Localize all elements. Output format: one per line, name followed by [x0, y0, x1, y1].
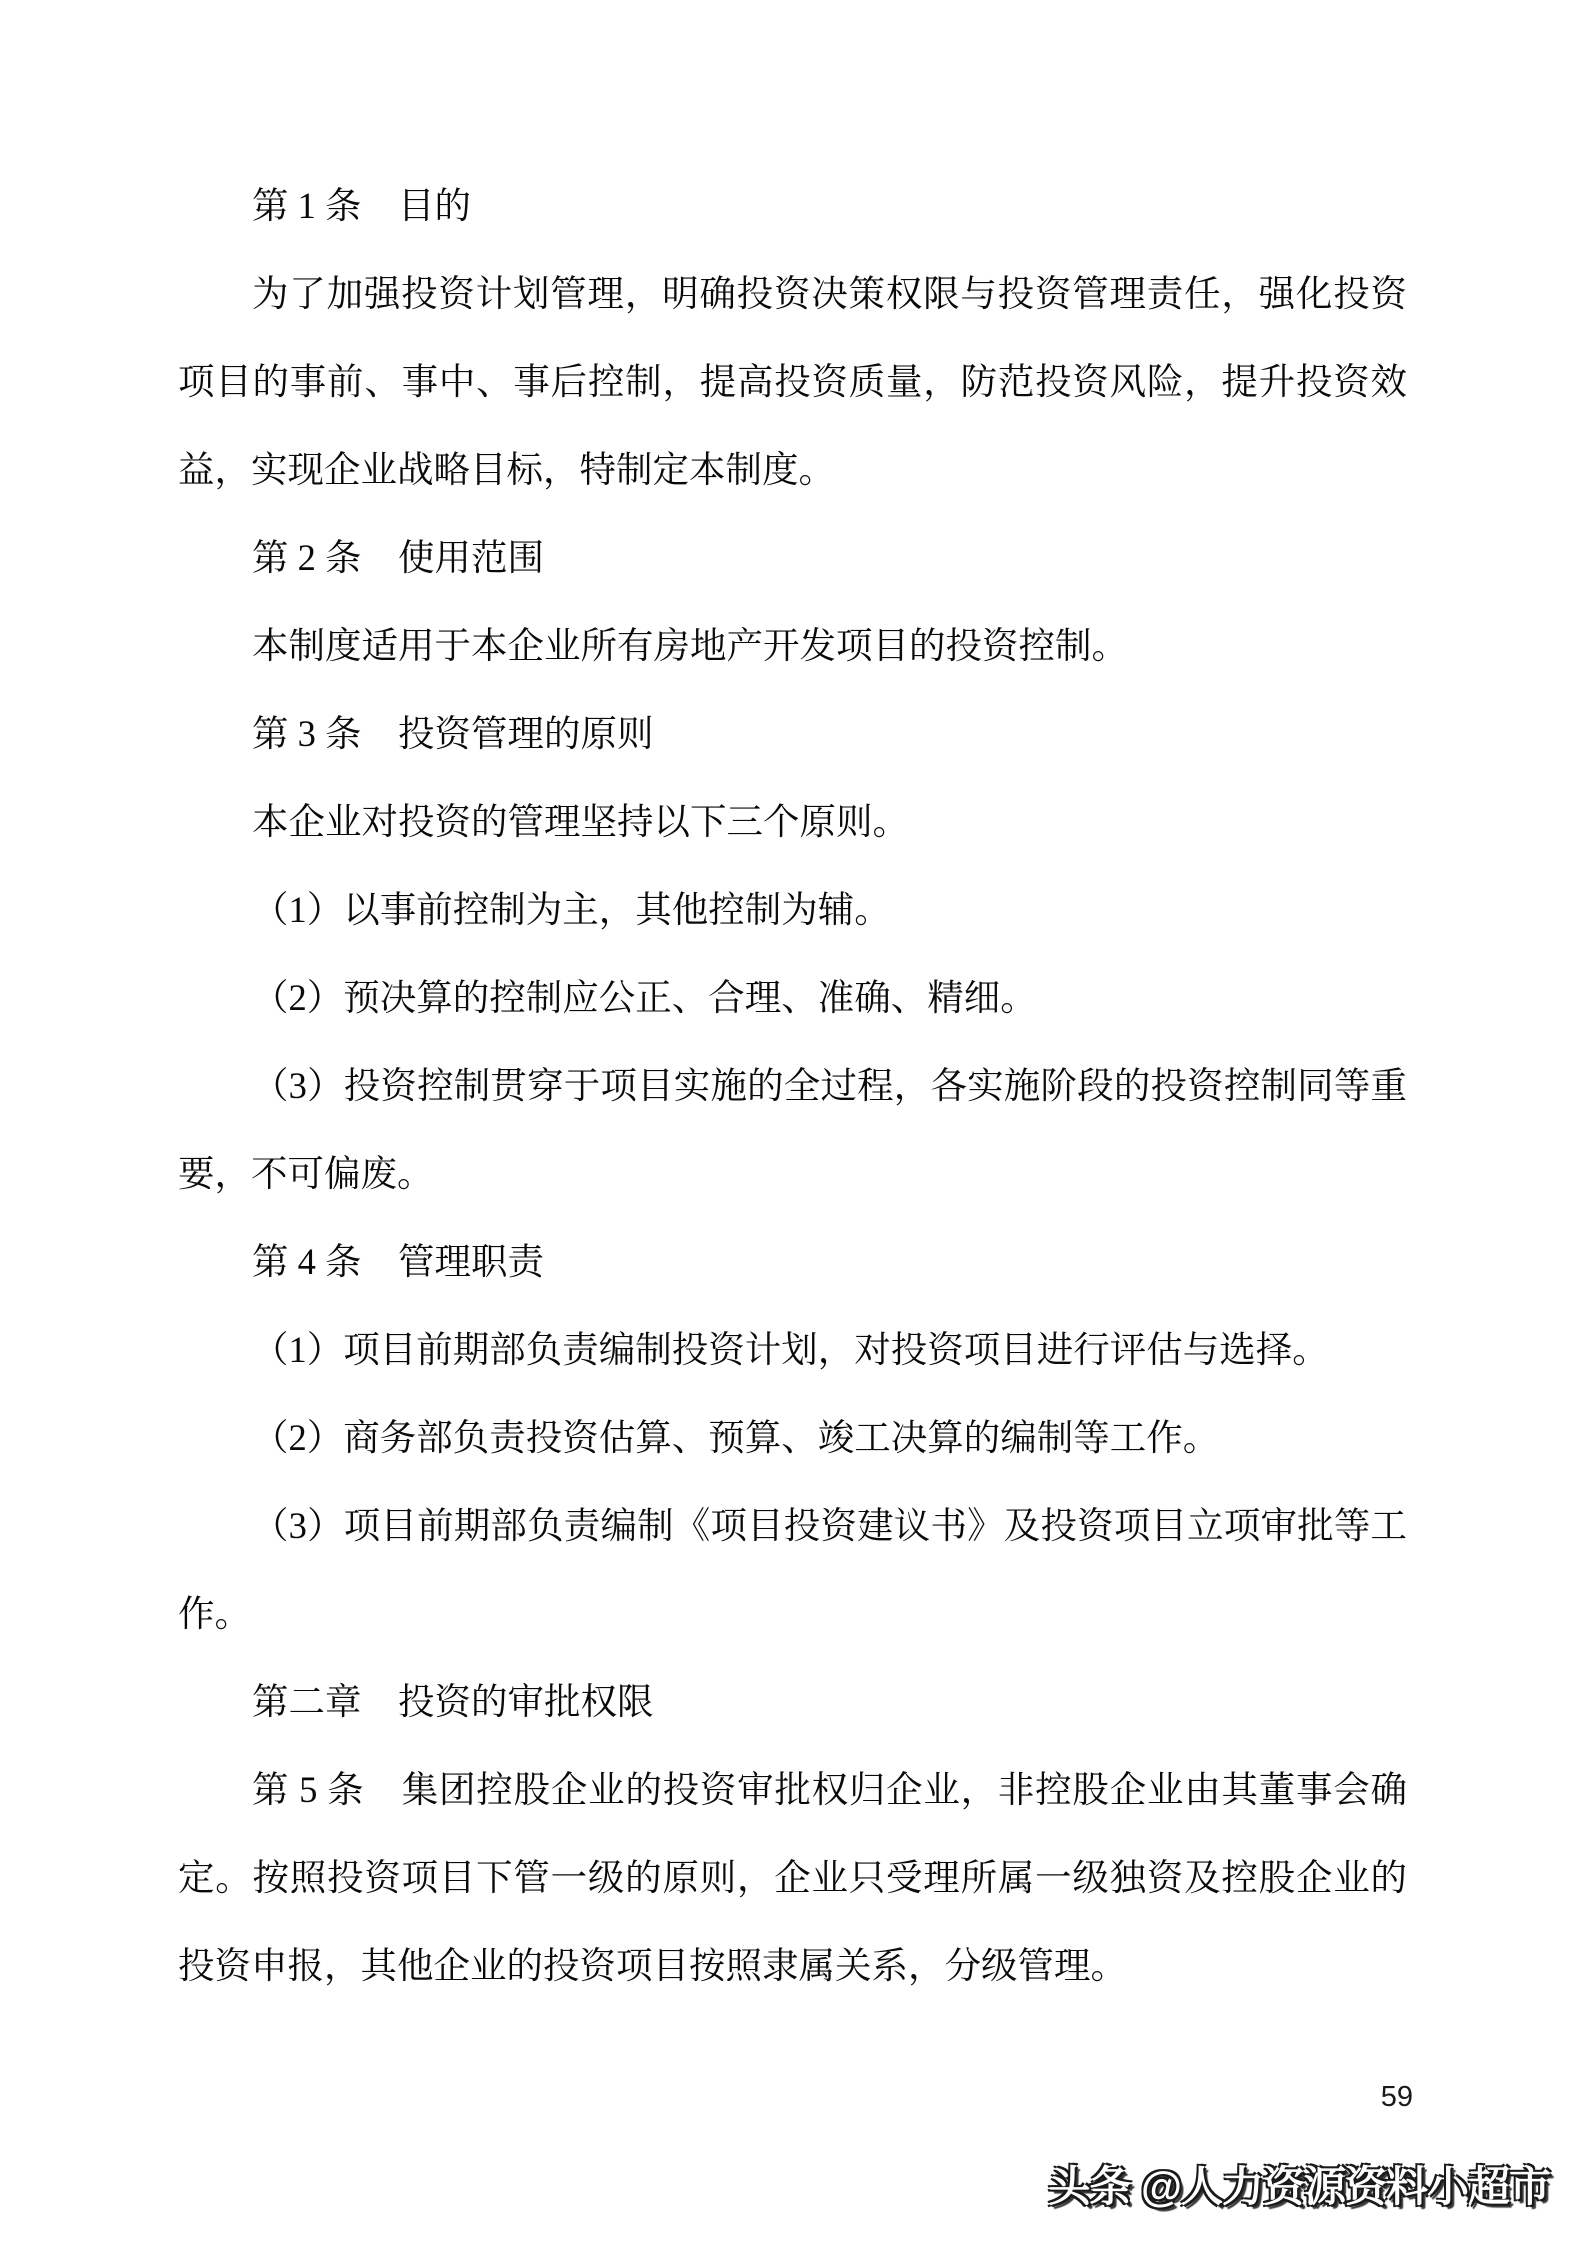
paragraph-article-5-body: 第 5 条 集团控股企业的投资审批权归企业，非控股企业由其董事会确定。按照投资项… [178, 1746, 1407, 2010]
paragraph-article-3-item-1: （1）以事前控制为主，其他控制为辅。 [178, 866, 1407, 954]
paragraph-article-1-title: 第 1 条 目的 [178, 162, 1407, 250]
page-number: 59 [1381, 2082, 1413, 2112]
paragraph-article-4-title: 第 4 条 管理职责 [178, 1218, 1407, 1306]
paragraph-article-2-body: 本制度适用于本企业所有房地产开发项目的投资控制。 [178, 602, 1407, 690]
watermark: 头条 @人力资源资料小超市 [1048, 2163, 1550, 2211]
paragraph-chapter-2-title: 第二章 投资的审批权限 [178, 1658, 1407, 1746]
paragraph-article-3-title: 第 3 条 投资管理的原则 [178, 690, 1407, 778]
paragraph-article-4-item-3: （3）项目前期部负责编制《项目投资建议书》及投资项目立项审批等工作。 [178, 1482, 1407, 1658]
paragraph-article-3-item-2: （2）预决算的控制应公正、合理、准确、精细。 [178, 954, 1407, 1042]
paragraph-article-2-title: 第 2 条 使用范围 [178, 514, 1407, 602]
paragraph-article-3-item-3: （3）投资控制贯穿于项目实施的全过程，各实施阶段的投资控制同等重要，不可偏废。 [178, 1042, 1407, 1218]
paragraph-article-4-item-2: （2）商务部负责投资估算、预算、竣工决算的编制等工作。 [178, 1394, 1407, 1482]
paragraph-article-4-item-1: （1）项目前期部负责编制投资计划，对投资项目进行评估与选择。 [178, 1306, 1407, 1394]
document-body: 第 1 条 目的 为了加强投资计划管理，明确投资决策权限与投资管理责任，强化投资… [178, 162, 1407, 2010]
paragraph-article-3-body: 本企业对投资的管理坚持以下三个原则。 [178, 778, 1407, 866]
document-page: 第 1 条 目的 为了加强投资计划管理，明确投资决策权限与投资管理责任，强化投资… [0, 0, 1587, 2245]
paragraph-article-1-body: 为了加强投资计划管理，明确投资决策权限与投资管理责任，强化投资项目的事前、事中、… [178, 250, 1407, 514]
